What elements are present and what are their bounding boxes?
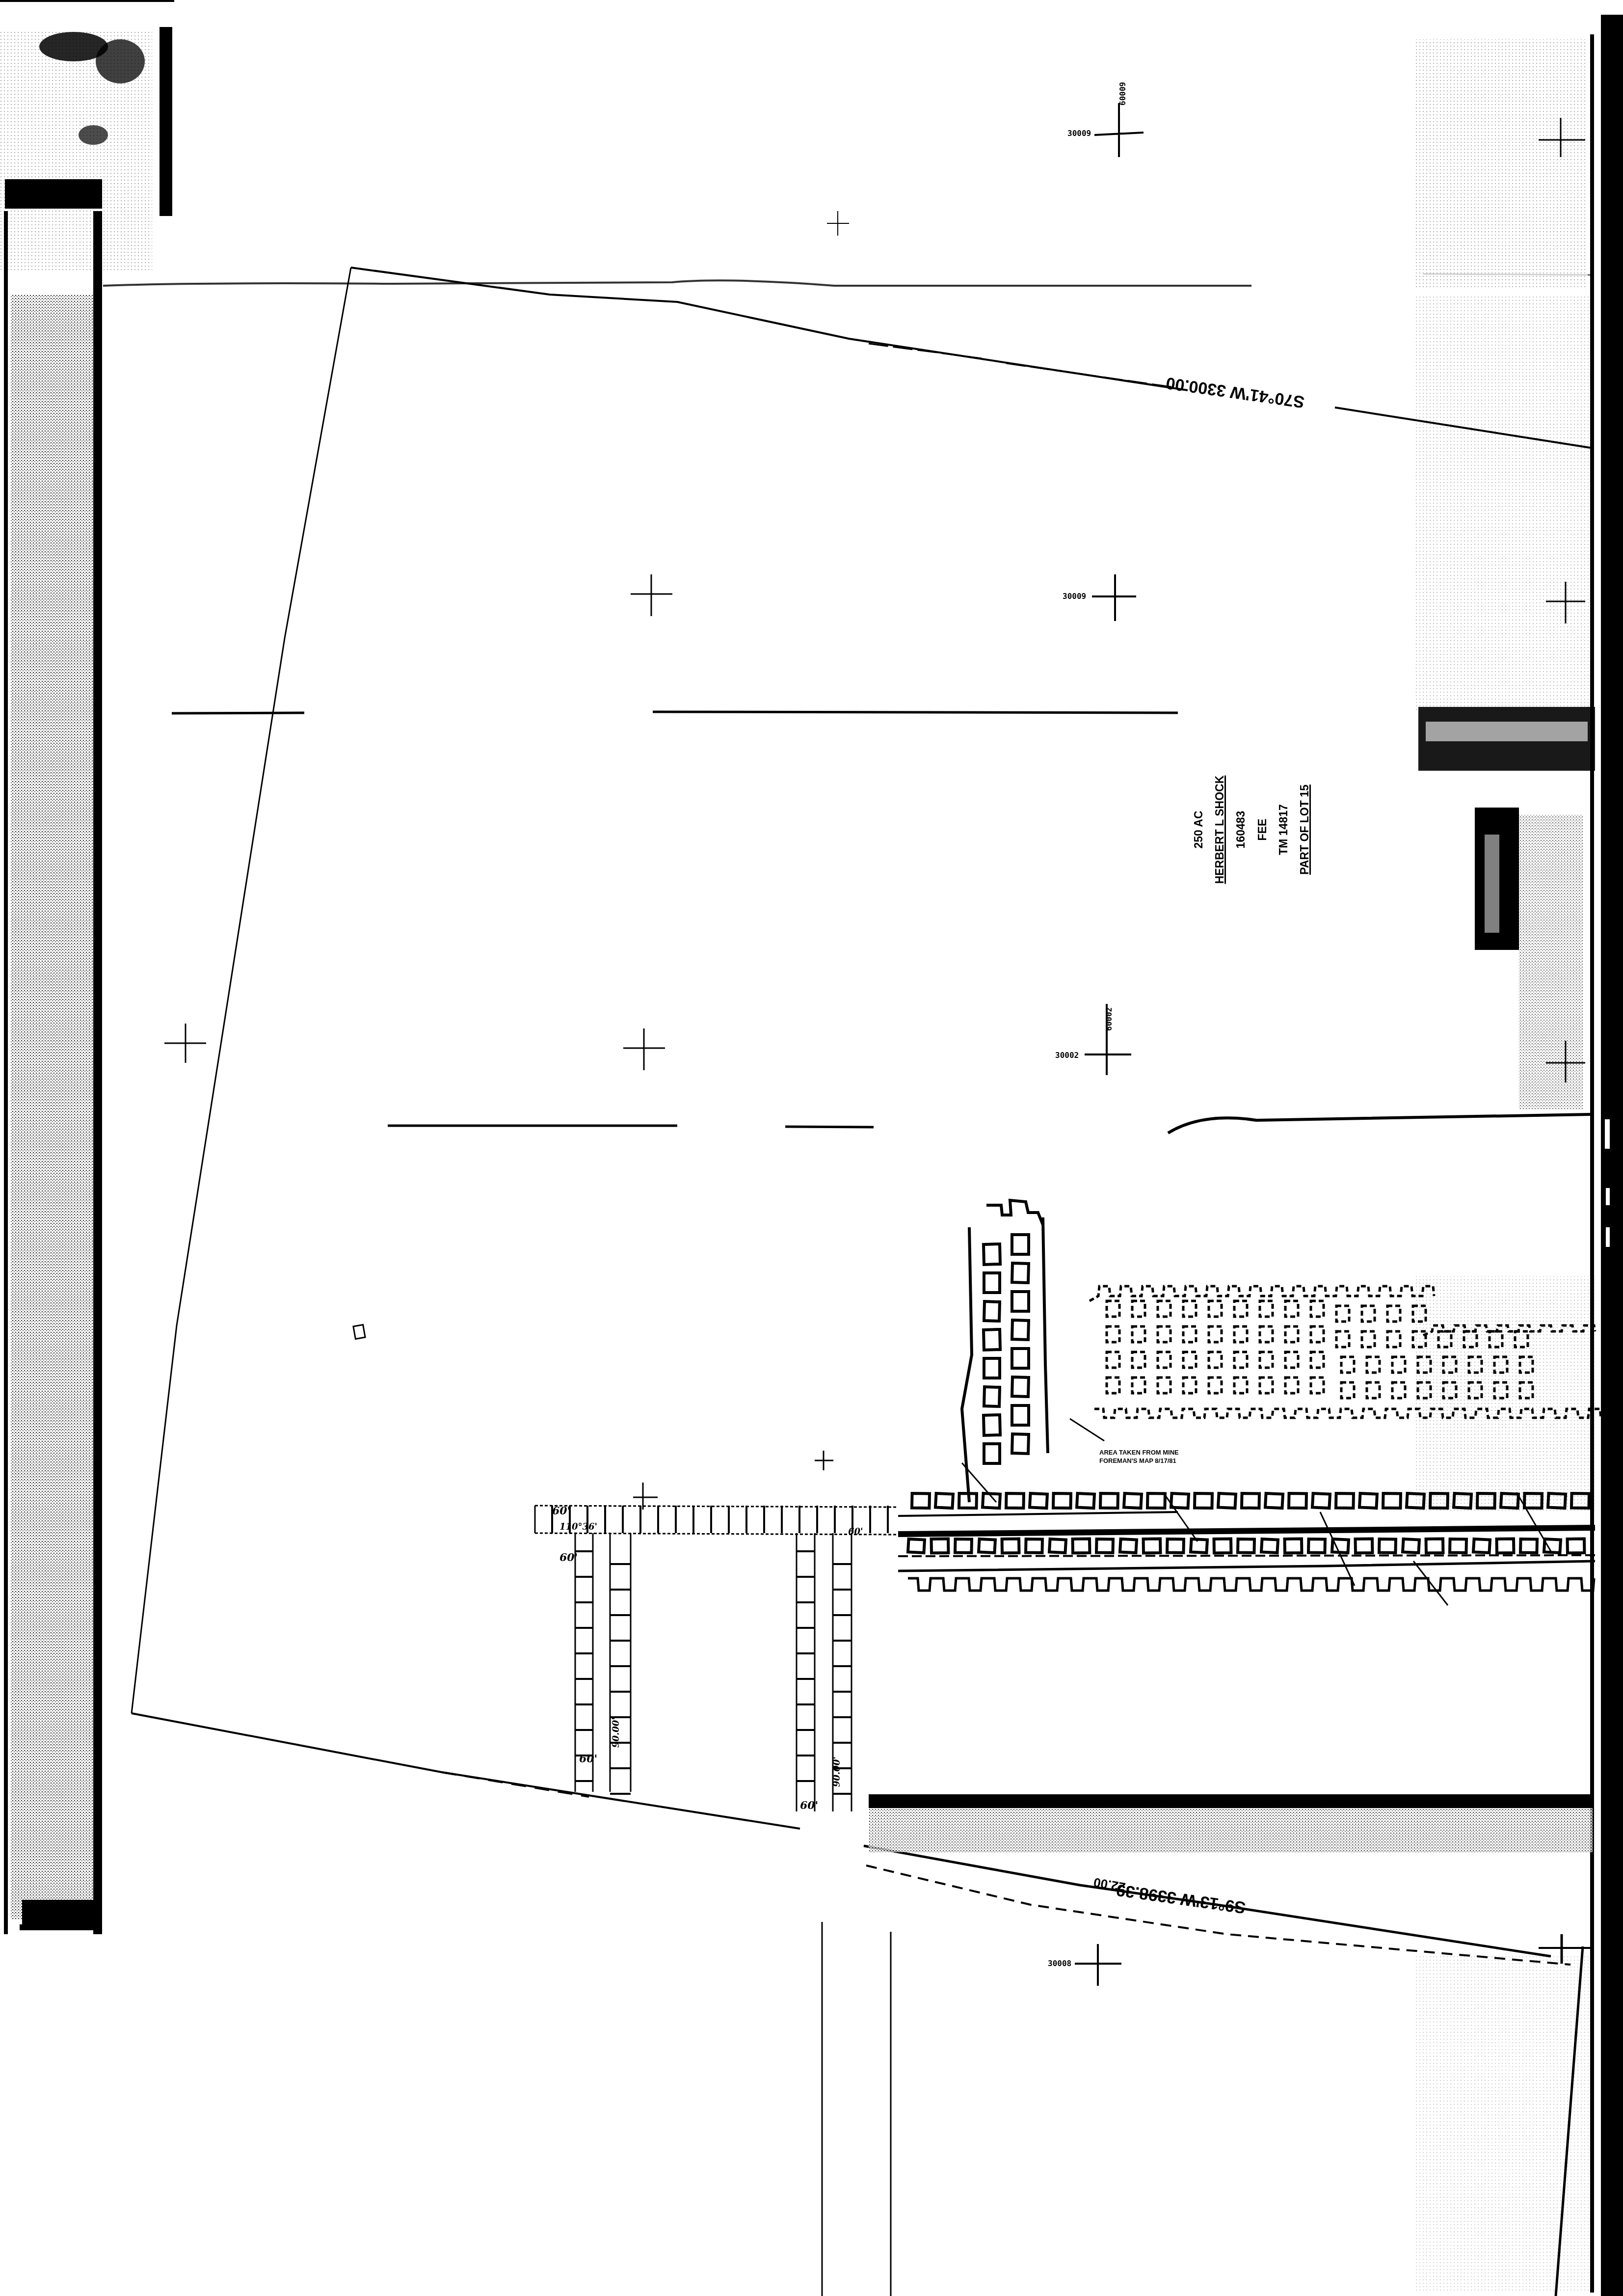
property-boundary <box>132 268 1590 2296</box>
grid-label-northing-3: 60002 <box>1104 1007 1114 1031</box>
survey-map-drawing <box>0 0 1623 2296</box>
dim-label: 60' <box>848 1527 863 1537</box>
grid-label-easting-1: 30009 <box>1067 129 1091 138</box>
parcel-label: 250 AC HERBERT L SHOCK 160483 FEE TM 148… <box>1190 773 1313 886</box>
grid-label-easting-4: 30008 <box>1048 1959 1071 1968</box>
dim-label: 60' <box>800 1799 818 1812</box>
parcel-tenure: FEE <box>1254 819 1271 841</box>
scan-stain-top-left <box>0 27 172 270</box>
scan-stain-right <box>1413 39 1595 2293</box>
corner-marker <box>353 1324 365 1339</box>
scan-edge-top <box>0 0 174 2</box>
dim-label: 60' <box>579 1753 597 1765</box>
parcel-lot: PART OF LOT 15 <box>1296 784 1313 875</box>
parcel-owner: HERBERT L SHOCK <box>1211 776 1228 884</box>
dim-label-vertical: 90.00' <box>611 1717 621 1748</box>
grid-label-easting-2: 30009 <box>1063 592 1086 601</box>
grid-crosses <box>164 103 1585 2296</box>
scan-binding-strip-left <box>4 179 102 1934</box>
grid-label-northing-1: 60009 <box>1118 82 1127 106</box>
parcel-tm: TM 14817 <box>1275 804 1292 855</box>
lot-grid <box>535 1506 898 1811</box>
dim-label: 60' <box>552 1505 570 1517</box>
parcel-number: 160483 <box>1232 811 1249 849</box>
dim-label-vertical: 90.00' <box>832 1756 842 1787</box>
dim-label: 60' <box>559 1551 578 1564</box>
dim-label-angle: 110°36' <box>559 1522 597 1532</box>
scan-border-right <box>1590 15 1623 2296</box>
scan-shadow-bottom <box>869 1794 1593 1852</box>
mine-foreman-note: AREA TAKEN FROM MINE FOREMAN'S MAP 8/17/… <box>1099 1448 1188 1465</box>
parcel-acreage: 250 AC <box>1190 810 1207 848</box>
map-sheet: 250 AC HERBERT L SHOCK 160483 FEE TM 148… <box>0 0 1623 2296</box>
grid-label-easting-3: 30002 <box>1055 1051 1079 1060</box>
